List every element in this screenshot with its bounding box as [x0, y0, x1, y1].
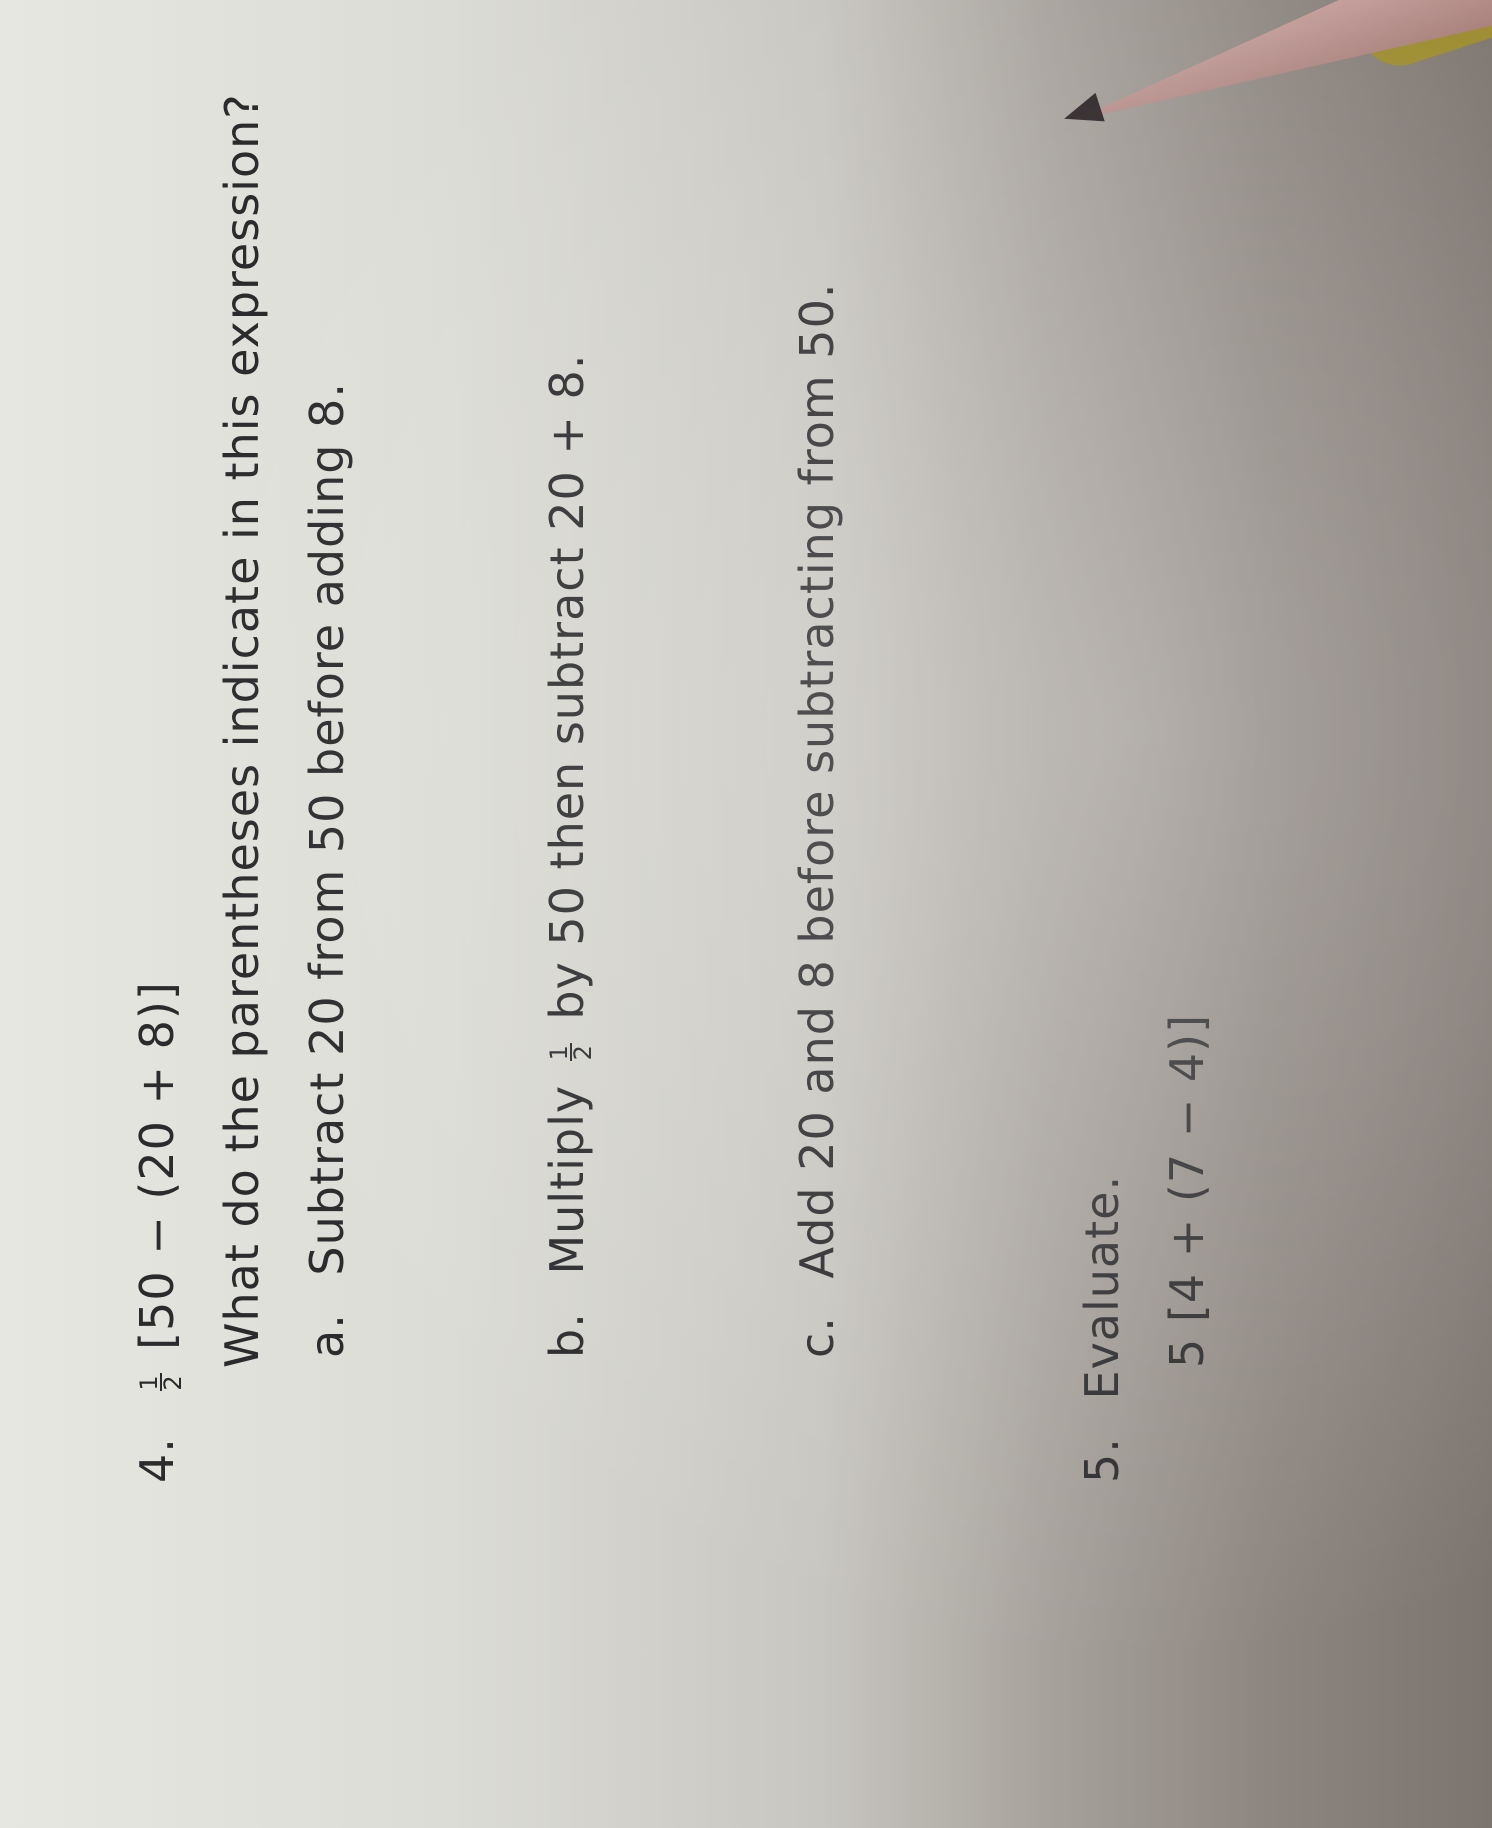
option-text: Multiply: [540, 1085, 594, 1275]
option-letter: a.: [300, 1313, 354, 1358]
option-b[interactable]: b. Multiply 1 2 by 50 then subtract 20 +…: [540, 354, 594, 1358]
problem-number: 4.: [130, 1437, 184, 1483]
instruction-text: Evaluate.: [1075, 1175, 1129, 1400]
problem-4-question: What do the parentheses indicate in this…: [215, 93, 269, 1368]
fraction: 1 2: [548, 1043, 594, 1061]
problem-5-instruction: 5. Evaluate.: [1075, 1175, 1129, 1483]
fraction-numerator: 1: [548, 1044, 570, 1060]
option-a[interactable]: a. Subtract 20 from 50 before adding 8.: [300, 382, 354, 1358]
fraction: 1 2: [138, 1373, 184, 1391]
option-text: Add 20 and 8 before subtracting from 50.: [790, 283, 844, 1279]
expression-text: [50 − (20 + 8)]: [130, 981, 184, 1350]
option-text: by 50 then subtract 20 + 8.: [540, 354, 594, 1020]
option-letter: c.: [790, 1316, 844, 1358]
option-c[interactable]: c. Add 20 and 8 before subtracting from …: [790, 283, 844, 1358]
fraction-denominator: 2: [572, 1044, 594, 1060]
problem-number: 5.: [1075, 1437, 1129, 1483]
fraction-denominator: 2: [162, 1374, 184, 1390]
option-letter: b.: [540, 1312, 594, 1358]
option-text: Subtract 20 from 50 before adding 8.: [300, 382, 354, 1276]
fraction-numerator: 1: [138, 1374, 160, 1390]
problem-5-expression: 5 [4 + (7 − 4)]: [1160, 1014, 1214, 1368]
problem-4-expression: 4. 1 2 [50 − (20 + 8)]: [130, 981, 184, 1483]
worksheet: 4. 1 2 [50 − (20 + 8)] What do the paren…: [0, 0, 1492, 1828]
